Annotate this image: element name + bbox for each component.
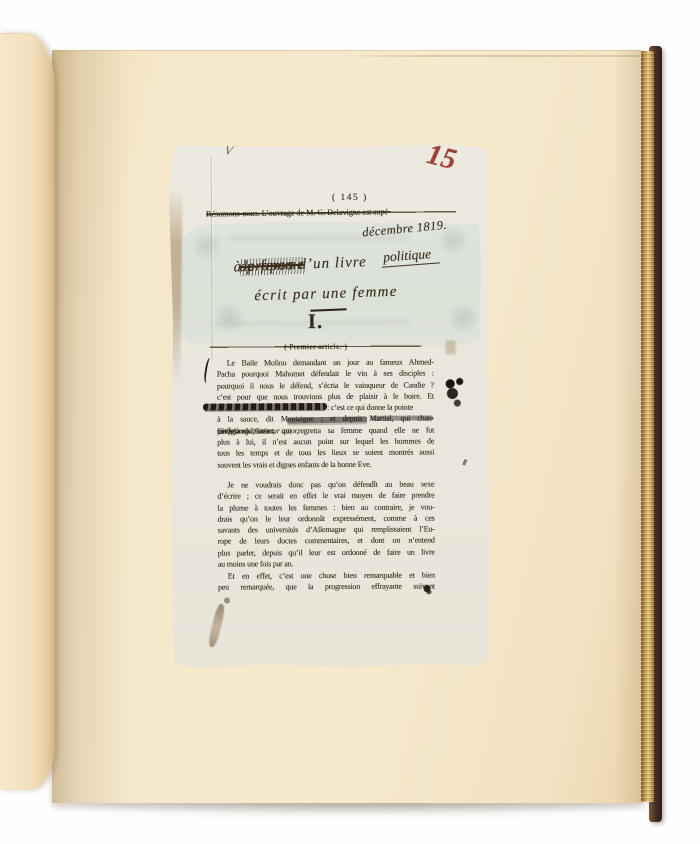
margin-ink-brace [203, 357, 214, 384]
gutter-shadow [52, 50, 130, 803]
section-numeral: I. [209, 311, 421, 333]
small-ink-mark [462, 459, 467, 466]
pen-check-mark: V [222, 143, 246, 166]
ink-strike-mark [371, 415, 433, 420]
print-line: peu remarquée, que la progression effray… [218, 581, 435, 593]
curled-left-leaf [0, 33, 55, 790]
page-edge-line [340, 55, 640, 57]
struck-title-word: de femme [239, 257, 305, 277]
page-right-shadow [600, 50, 644, 803]
paragraph-2: Je ne voudrais donc pas qu’on défendît a… [217, 478, 434, 570]
glue-stain [191, 230, 223, 262]
print-line: souvent les vrais et dignes enfants de l… [217, 458, 434, 470]
paragraph-1: Le Baile Molino demandant un jour au fam… [217, 356, 435, 470]
paragraph-3: Et en effet, c’est une chose bien remarq… [218, 569, 435, 593]
edge-nick [446, 340, 456, 354]
bottom-stain [207, 603, 226, 648]
ink-strike-mark [287, 416, 367, 423]
print-line-tail: : c’est ce qui donne la pointe [327, 402, 413, 414]
glue-stain [447, 302, 479, 334]
stain-spot [224, 598, 230, 604]
struck-subtitle: ( Premier article. ) [210, 342, 422, 352]
printed-page-number: ( 145 ) [290, 194, 410, 204]
mounted-proof-sheet: V 15 ( 145 ) Résumons-nous. L’ouvrage de… [169, 144, 492, 670]
ink-blot [438, 374, 470, 409]
struck-header-line: Résumons-nous. L’ouvrage de M. G. Delavi… [206, 206, 456, 219]
book-photo: V 15 ( 145 ) Résumons-nous. L’ouvrage de… [0, 0, 700, 844]
print-line: au moins une fois par an. [218, 558, 435, 570]
ink-scribble [203, 403, 327, 411]
